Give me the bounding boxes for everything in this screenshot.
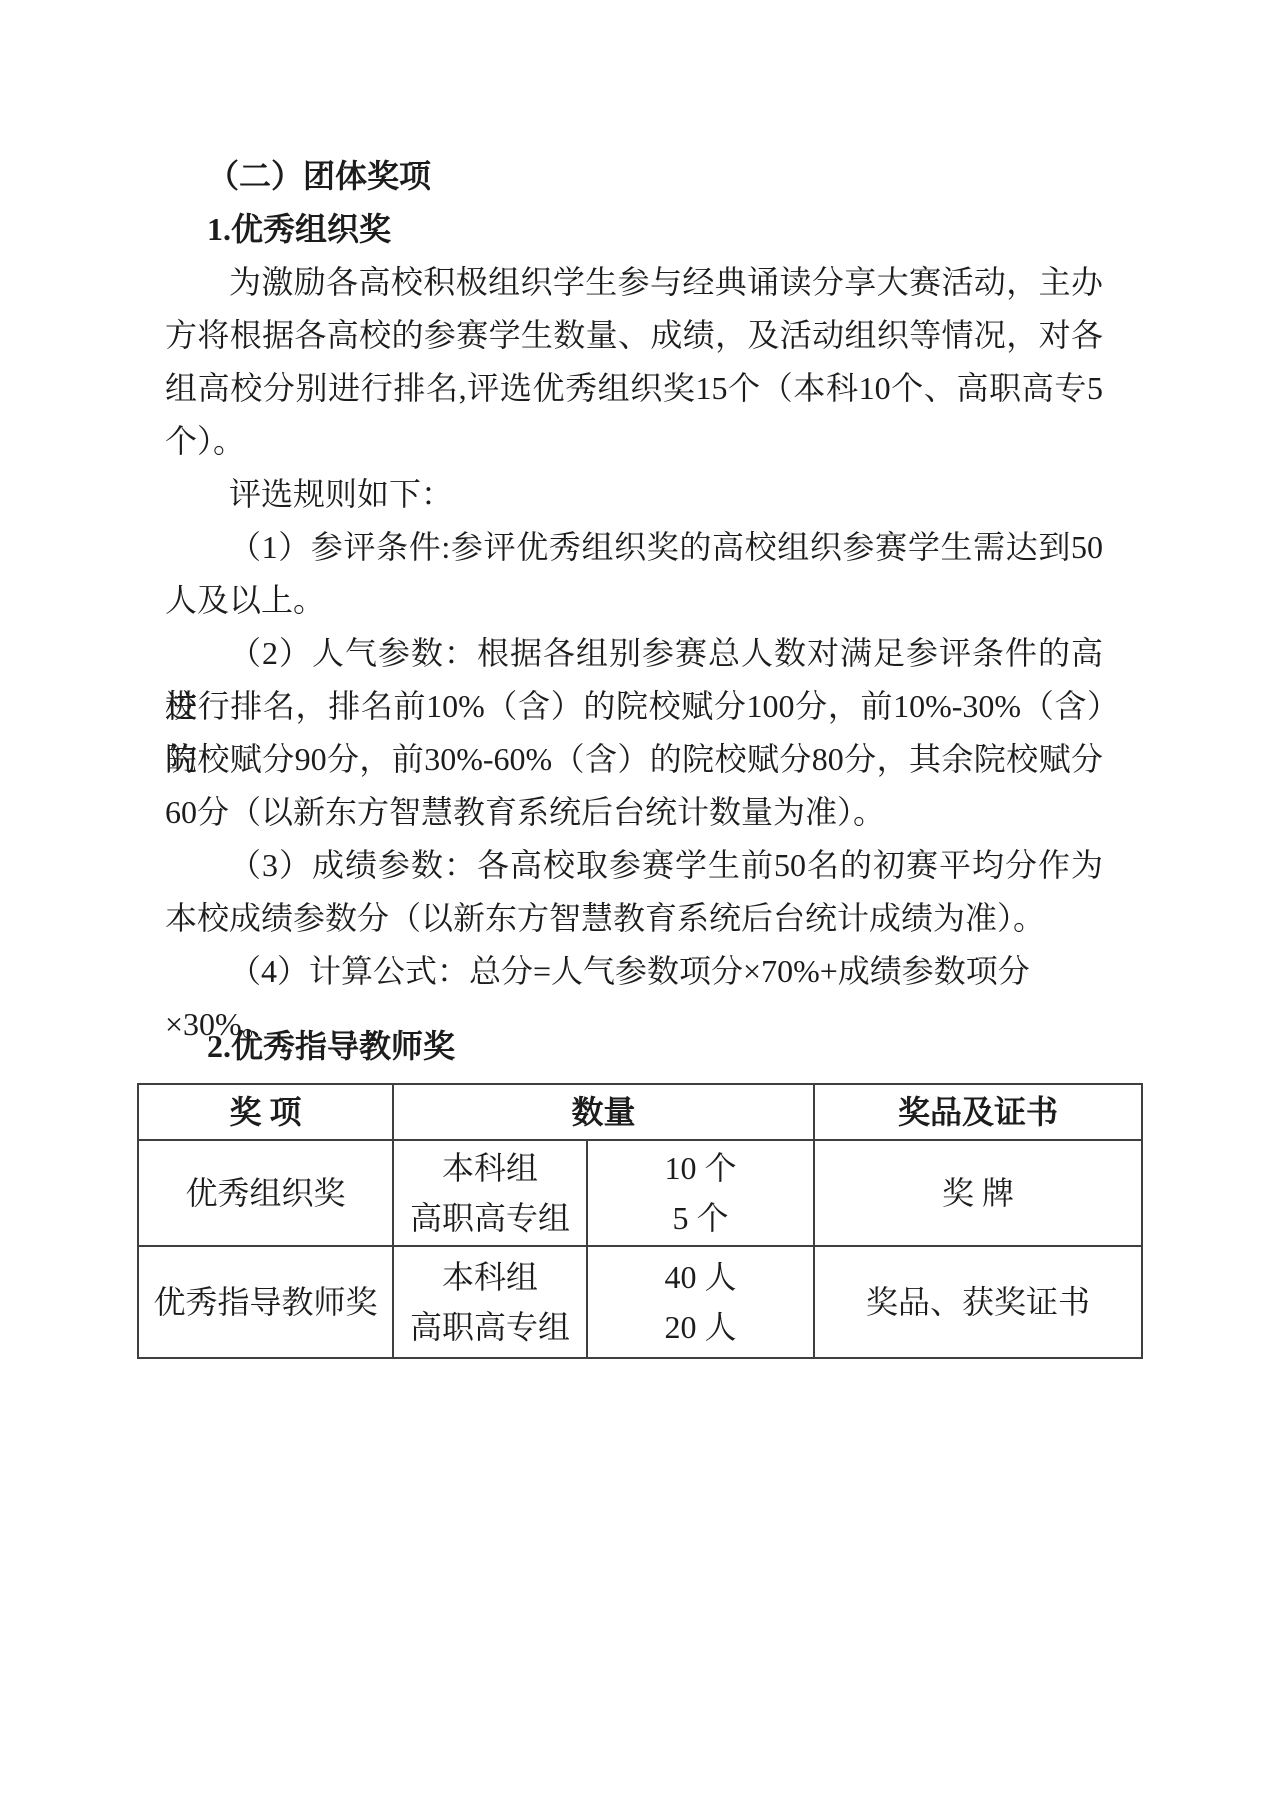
rule4-line1: （4）计算公式：总分=人气参数项分×70%+成绩参数项分×30%。 [165, 945, 1103, 998]
rule3-line1: （3）成绩参数：各高校取参赛学生前50名的初赛平均分作为 [165, 839, 1103, 892]
rule2-line1: （2）人气参数：根据各组别参赛总人数对满足参评条件的高校 [165, 627, 1103, 680]
awards-table: 奖 项 数量 奖品及证书 优秀组织奖 本科组 高职高专组 10 个 5 个 奖 … [137, 1083, 1143, 1359]
table-header-row: 奖 项 数量 奖品及证书 [138, 1084, 1142, 1140]
rule1-line1: （1）参评条件:参评优秀组织奖的高校组织参赛学生需达到50 [165, 521, 1103, 574]
count-value: 20 人 [588, 1302, 813, 1352]
count-cell: 10 个 5 个 [587, 1140, 814, 1246]
sub2-heading: 2.优秀指导教师奖 [165, 1020, 1103, 1073]
sub1-heading: 1.优秀组织奖 [165, 203, 1103, 256]
paragraph1-line2: 方将根据各高校的参赛学生数量、成绩，及活动组织等情况，对各 [165, 309, 1103, 362]
count-value: 5 个 [588, 1193, 813, 1243]
rule3-line2: 本校成绩参数分（以新东方智慧教育系统后台统计成绩为准）。 [165, 892, 1103, 945]
paragraph1-line4: 个）。 [165, 415, 1103, 468]
section-heading: （二）团体奖项 [165, 150, 1103, 203]
rule2-line3: 院校赋分90分，前30%-60%（含）的院校赋分80分，其余院校赋分 [165, 733, 1103, 786]
count-value: 40 人 [588, 1252, 813, 1302]
prize-cell: 奖品、获奖证书 [814, 1246, 1142, 1358]
rule2-line4: 60分（以新东方智慧教育系统后台统计数量为准）。 [165, 786, 1103, 839]
table-header-quantity: 数量 [393, 1084, 814, 1140]
group-label: 本科组 [394, 1143, 586, 1193]
group-cell: 本科组 高职高专组 [393, 1140, 587, 1246]
award-name-cell: 优秀指导教师奖 [138, 1246, 393, 1358]
document-page: （二）团体奖项 1.优秀组织奖 为激励各高校积极组织学生参与经典诵读分享大赛活动… [0, 0, 1269, 1795]
rule2-line2: 进行排名，排名前10%（含）的院校赋分100分，前10%-30%（含）的 [165, 680, 1103, 733]
table-row: 优秀组织奖 本科组 高职高专组 10 个 5 个 奖 牌 [138, 1140, 1142, 1246]
paragraph1-line3: 组高校分别进行排名,评选优秀组织奖15个（本科10个、高职高专5 [165, 362, 1103, 415]
prize-cell: 奖 牌 [814, 1140, 1142, 1246]
rules-intro-line: 评选规则如下： [165, 468, 1103, 521]
document-body: （二）团体奖项 1.优秀组织奖 为激励各高校积极组织学生参与经典诵读分享大赛活动… [165, 150, 1103, 1359]
count-value: 10 个 [588, 1143, 813, 1193]
group-label: 高职高专组 [394, 1302, 586, 1352]
group-label: 本科组 [394, 1252, 586, 1302]
table-header-award: 奖 项 [138, 1084, 393, 1140]
table-row: 优秀指导教师奖 本科组 高职高专组 40 人 20 人 奖品、获奖证书 [138, 1246, 1142, 1358]
table-header-prize: 奖品及证书 [814, 1084, 1142, 1140]
group-label: 高职高专组 [394, 1193, 586, 1243]
rule1-line2: 人及以上。 [165, 574, 1103, 627]
count-cell: 40 人 20 人 [587, 1246, 814, 1358]
group-cell: 本科组 高职高专组 [393, 1246, 587, 1358]
paragraph1-line1: 为激励各高校积极组织学生参与经典诵读分享大赛活动，主办 [165, 256, 1103, 309]
award-name-cell: 优秀组织奖 [138, 1140, 393, 1246]
